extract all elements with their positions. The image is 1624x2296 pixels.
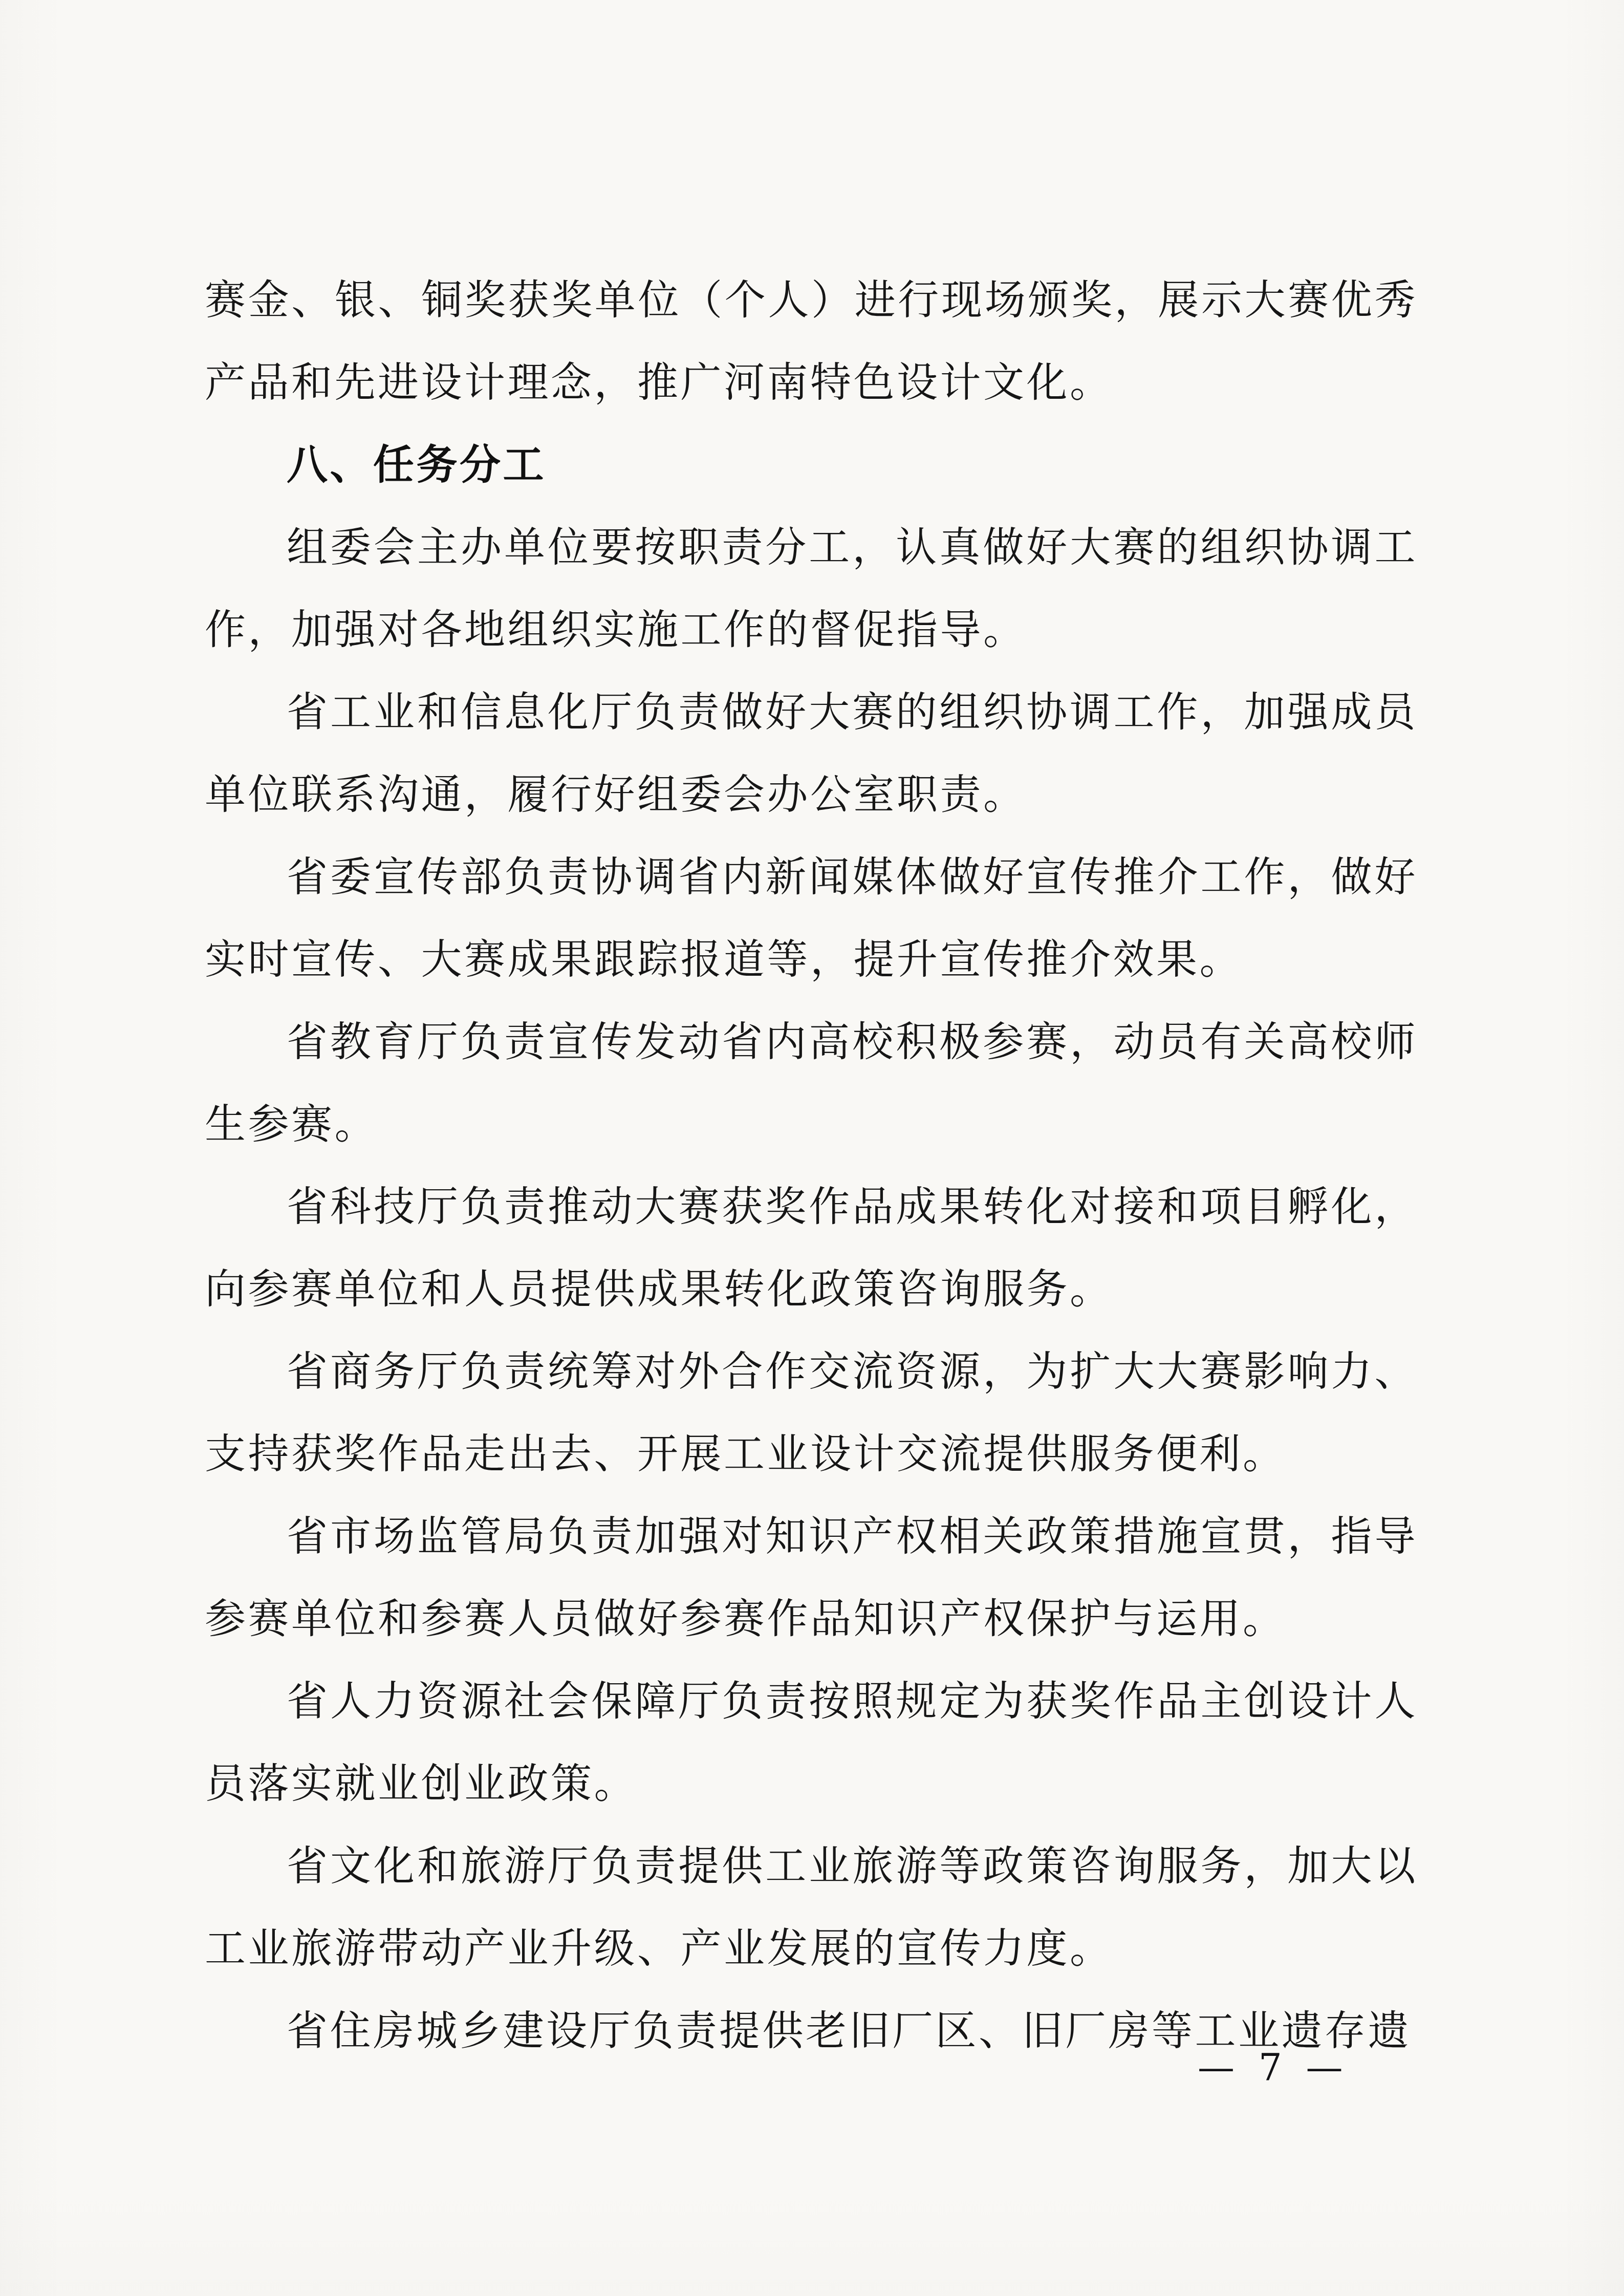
paragraph: 省市场监管局负责加强对知识产权相关政策措施宣贯，指导参赛单位和参赛人员做好参赛作…: [205, 1495, 1418, 1660]
section-heading: 八、任务分工: [205, 423, 1418, 506]
paragraph: 省工业和信息化厅负责做好大赛的组织协调工作，加强成员单位联系沟通，履行好组委会办…: [205, 671, 1418, 835]
scanned-document-page: 赛金、银、铜奖获奖单位（个人）进行现场颁奖，展示大赛优秀产品和先进设计理念，推广…: [0, 0, 1624, 2296]
paragraph: 组委会主办单位要按职责分工，认真做好大赛的组织协调工作，加强对各地组织实施工作的…: [205, 506, 1418, 671]
paragraph: 省委宣传部负责协调省内新闻媒体做好宣传推介工作，做好实时宣传、大赛成果跟踪报道等…: [205, 835, 1418, 1000]
document-text-block: 赛金、银、铜奖获奖单位（个人）进行现场颁奖，展示大赛优秀产品和先进设计理念，推广…: [205, 259, 1418, 2072]
paragraph: 省教育厅负责宣传发动省内高校积极参赛，动员有关高校师生参赛。: [205, 1000, 1418, 1165]
paragraph: 赛金、银、铜奖获奖单位（个人）进行现场颁奖，展示大赛优秀产品和先进设计理念，推广…: [205, 259, 1418, 423]
page-number: — 7 —: [1198, 2042, 1372, 2093]
paragraph: 省人力资源社会保障厅负责按照规定为获奖作品主创设计人员落实就业创业政策。: [205, 1660, 1418, 1825]
paragraph: 省科技厅负责推动大赛获奖作品成果转化对接和项目孵化，向参赛单位和人员提供成果转化…: [205, 1165, 1418, 1330]
paragraph: 省文化和旅游厅负责提供工业旅游等政策咨询服务，加大以工业旅游带动产业升级、产业发…: [205, 1825, 1418, 1989]
paragraph: 省商务厅负责统筹对外合作交流资源，为扩大大赛影响力、支持获奖作品走出去、开展工业…: [205, 1330, 1418, 1495]
